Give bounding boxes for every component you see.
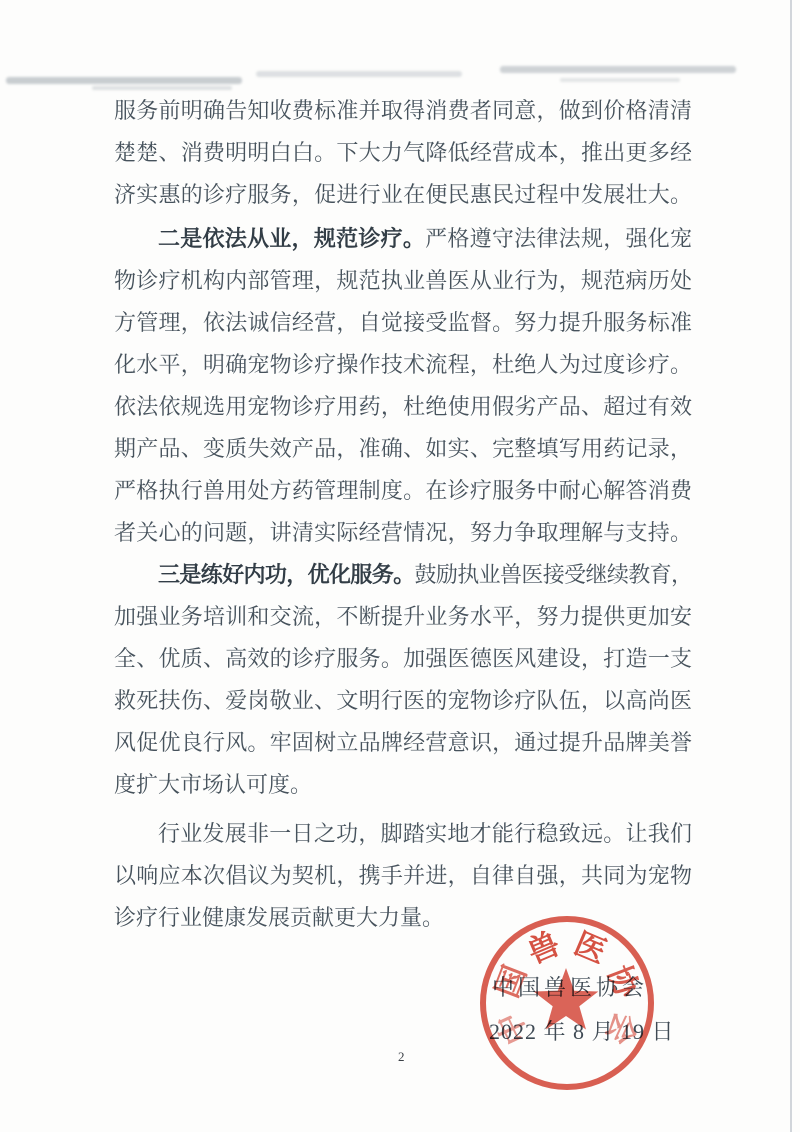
scan-smudge [256,71,462,77]
text-line: 二是依法从业，规范诊疗。严格遵守法律法规，强化宠 [114,218,692,260]
text-line: 行业发展非一日之功，脚踏实地才能行稳致远。让我们 [114,813,692,855]
text-line: 度扩大市场认可度。 [114,764,692,806]
text-line: 楚楚、消费明明白白。下大力气降低经营成本，推出更多经 [114,132,692,174]
text-line: 全、优质、高效的诊疗服务。加强医德医风建设，打造一支 [114,638,692,680]
text-line: 依法依规选用宠物诊疗用药，杜绝使用假劣产品、超过有效 [114,386,692,428]
text-segment: 鼓励执业兽医接受继续教育， [415,562,693,587]
scan-smudge [6,77,242,84]
scan-smudge [500,66,736,73]
scanned-document-page: 服务前明确告知收费标准并取得消费者同意，做到价格清清 楚楚、消费明明白白。下大力… [0,0,800,1132]
text-line: 风促优良行风。牢固树立品牌经营意识，通过提升品牌美誉 [114,722,692,764]
signature-organization: 中国兽医协会 [492,972,648,1004]
scan-smudge [560,78,680,82]
text-line: 以响应本次倡议为契机，携手并进，自律自强，共同为宠物 [114,855,692,897]
document-body: 服务前明确告知收费标准并取得消费者同意，做到价格清清 楚楚、消费明明白白。下大力… [114,90,692,939]
text-line: 加强业务培训和交流，不断提升业务水平，努力提供更加安 [114,596,692,638]
text-line: 救死扶伤、爱岗敬业、文明行医的宠物诊疗队伍，以高尚医 [114,680,692,722]
text-line: 三是练好内功，优化服务。鼓励执业兽医接受继续教育， [114,554,692,596]
text-line: 济实惠的诊疗服务，促进行业在便民惠民过程中发展壮大。 [114,174,692,216]
text-line: 服务前明确告知收费标准并取得消费者同意，做到价格清清 [114,90,692,132]
page-number: 2 [398,1049,405,1065]
text-line: 方管理，依法诚信经营，自觉接受监督。努力提升服务标准 [114,302,692,344]
paragraph: 行业发展非一日之功，脚踏实地才能行稳致远。让我们 以响应本次倡议为契机，携手并进… [114,813,692,939]
scan-edge-line [790,0,792,1132]
signature-date: 2022 年 8 月 19 日 [489,1016,675,1048]
paragraph: 二是依法从业，规范诊疗。严格遵守法律法规，强化宠 物诊疗机构内部管理，规范执业兽… [114,218,692,554]
paragraph: 三是练好内功，优化服务。鼓励执业兽医接受继续教育， 加强业务培训和交流，不断提升… [114,554,692,806]
paragraph: 服务前明确告知收费标准并取得消费者同意，做到价格清清 楚楚、消费明明白白。下大力… [114,90,692,216]
text-line: 严格执行兽用处方药管理制度。在诊疗服务中耐心解答消费 [114,470,692,512]
text-line: 期产品、变质失效产品，准确、如实、完整填写用药记录， [114,428,692,470]
text-line: 化水平，明确宠物诊疗操作技术流程，杜绝人为过度诊疗。 [114,344,692,386]
text-line: 物诊疗机构内部管理，规范执业兽医从业行为，规范病历处 [114,260,692,302]
inline-heading: 二是依法从业，规范诊疗。 [158,226,425,251]
text-line: 诊疗行业健康发展贡献更大力量。 [114,897,692,939]
text-segment: 严格遵守法律法规，强化宠 [425,226,692,251]
text-line: 者关心的问题，讲清实际经营情况，努力争取理解与支持。 [114,512,692,554]
inline-heading: 三是练好内功，优化服务。 [158,562,415,587]
